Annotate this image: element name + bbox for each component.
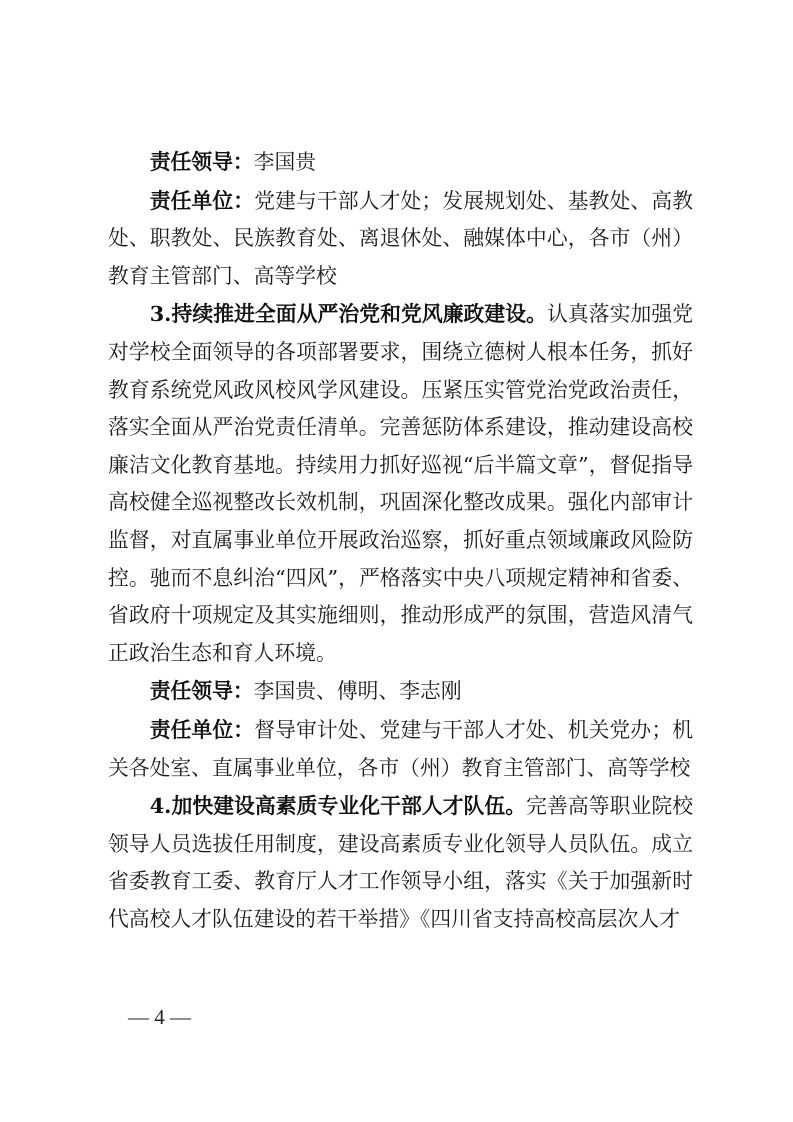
responsible-leader-label: 责任领导： [150, 678, 254, 703]
responsible-unit-paragraph: 责任单位：督导审计处、党建与干部人才处、机关党办；机关各处室、直属事业单位，各市… [108, 711, 693, 787]
document-page: 责任领导：李国贵 责任单位：党建与干部人才处；发展规划处、基教处、高教处、职教处… [0, 0, 793, 1122]
responsible-leader-value: 李国贵、傅明、李志刚 [254, 679, 462, 703]
responsible-unit-label: 责任单位： [150, 188, 255, 213]
item-3-body: 认真落实加强党对学校全面领导的各项部署要求，围绕立德树人根本任务，抓好教育系统党… [108, 302, 693, 664]
item-4-heading: 4.加快建设高素质专业化干部人才队伍。 [150, 793, 526, 818]
responsible-leader-label: 责任领导： [150, 149, 254, 174]
responsible-leader-value: 李国贵 [254, 150, 316, 174]
item-3-heading: 3.持续推进全面从严治党和党风廉政建设。 [150, 301, 547, 326]
item-3-paragraph: 3.持续推进全面从严治党和党风廉政建设。认真落实加强党对学校全面领导的各项部署要… [108, 295, 693, 672]
page-number: — 4 — [128, 1005, 191, 1030]
page-body: 责任领导：李国贵 责任单位：党建与干部人才处；发展规划处、基教处、高教处、职教处… [108, 143, 693, 938]
item-4-paragraph: 4.加快建设高素质专业化干部人才队伍。完善高等职业院校领导人员选拔任用制度，建设… [108, 787, 693, 938]
responsible-leader-paragraph: 责任领导：李国贵 [108, 143, 693, 182]
responsible-leader-paragraph: 责任领导：李国贵、傅明、李志刚 [108, 672, 693, 711]
responsible-unit-paragraph: 责任单位：党建与干部人才处；发展规划处、基教处、高教处、职教处、民族教育处、离退… [108, 182, 693, 296]
responsible-unit-label: 责任单位： [150, 717, 255, 742]
